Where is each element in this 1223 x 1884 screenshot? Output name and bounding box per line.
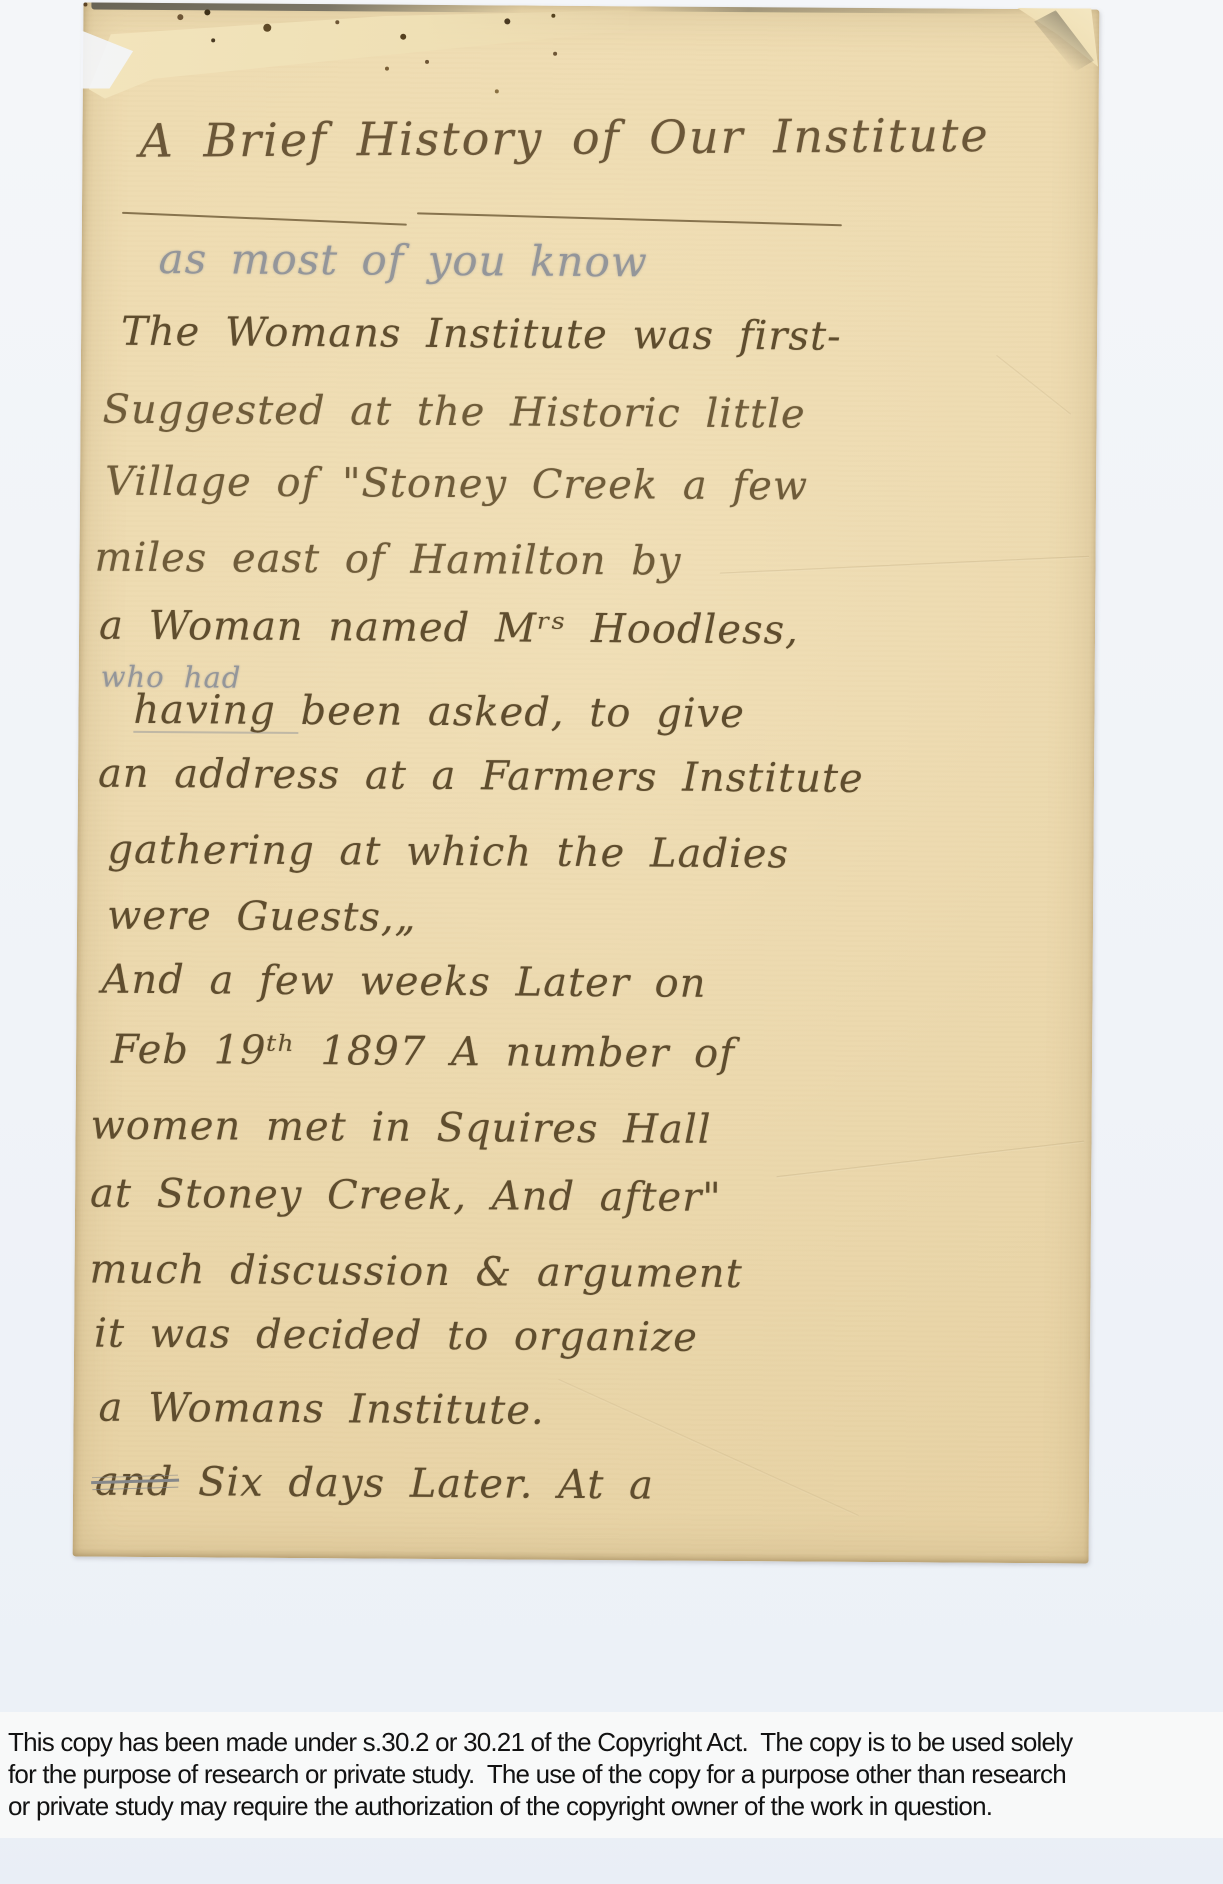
handwritten-line: and Six days Later. At a: [95, 1459, 654, 1509]
paper-crease: [720, 556, 1090, 575]
paper-crease: [995, 355, 1071, 416]
title-underline-left: [122, 212, 407, 226]
copyright-line: This copy has been made under s.30.2 or …: [8, 1726, 1072, 1758]
handwritten-line: And a few weeks Later on: [101, 957, 706, 1007]
handwritten-line: Village of "Stoney Creek a few: [105, 459, 808, 510]
handwritten-line: an address at a Farmers Institute: [98, 751, 864, 802]
handwritten-line: gathering at which the Ladies: [107, 827, 789, 878]
handwritten-line: were Guests,„: [107, 893, 417, 941]
scanned-letter-page: A Brief History of Our Institute as most…: [73, 2, 1100, 1563]
letter-title: A Brief History of Our Institute: [139, 109, 989, 168]
title-underline-right: [417, 212, 842, 226]
handwritten-line-text: Six days Later. At a: [198, 1459, 654, 1508]
ink-specks: [83, 2, 87, 6]
paper-fold-topleft: [89, 7, 630, 103]
paper-top-edge-shadow: [628, 6, 1028, 14]
handwritten-line: it was decided to organize: [94, 1311, 698, 1361]
copyright-notice: This copy has been made under s.30.2 or …: [0, 1712, 1223, 1838]
handwritten-line: miles east of Hamilton by: [94, 535, 681, 585]
struck-out-word: and: [95, 1459, 174, 1506]
handwritten-line: women met in Squires Hall: [90, 1103, 711, 1153]
handwritten-line: a Woman named Mʳˢ Hoodless,: [99, 603, 799, 654]
handwritten-line: at Stoney Creek, And after": [90, 1171, 722, 1221]
paper-top-edge-shadow: [91, 3, 521, 13]
pencil-annotation: as most of you know: [158, 235, 647, 287]
paper-crease: [776, 1141, 1084, 1179]
handwritten-line: a Womans Institute.: [98, 1385, 544, 1434]
handwritten-line: Suggested at the Historic little: [102, 387, 805, 438]
copyright-line: for the purpose of research or private s…: [8, 1758, 1066, 1790]
scanned-archive-page: { "document": { "title": "A Brief Histor…: [0, 0, 1223, 1884]
copyright-line: or private study may require the authori…: [8, 1790, 992, 1822]
handwritten-line: Feb 19ᵗʰ 1897 A number of: [111, 1027, 735, 1077]
handwritten-line: much discussion & argument: [89, 1247, 742, 1298]
handwritten-line: having been asked, to give: [133, 687, 745, 737]
paper-dogear-topright: [1004, 8, 1101, 83]
handwritten-line: The Womans Institute was first-: [121, 309, 842, 360]
